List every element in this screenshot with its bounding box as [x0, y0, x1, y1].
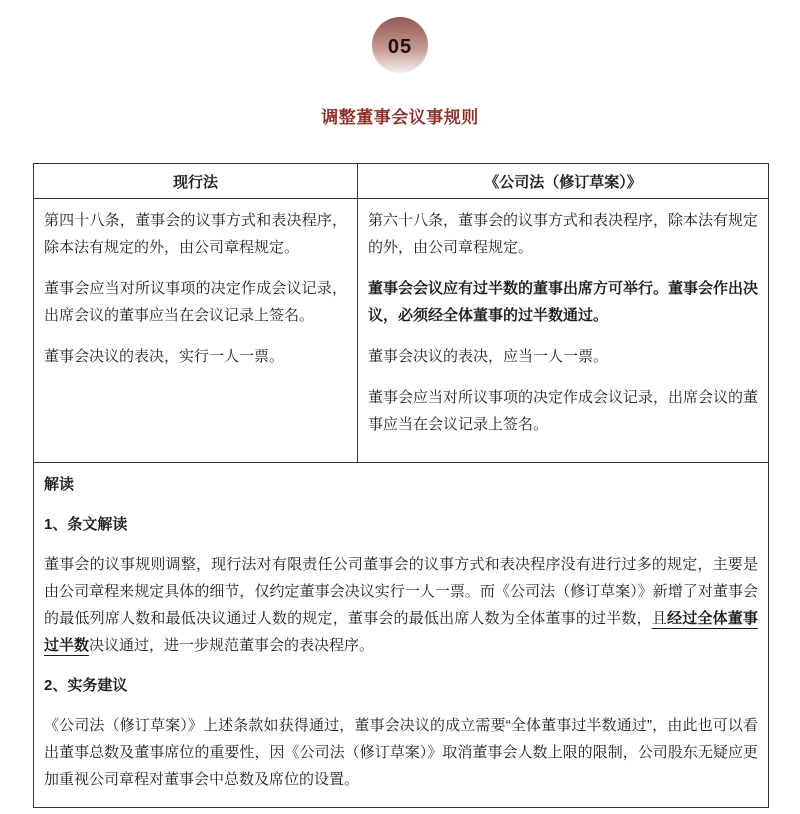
current-law-paragraph-1: 第四十八条，董事会的议事方式和表决程序，除本法有规定的外，由公司章程规定。: [44, 207, 347, 261]
interpretation-heading: 解读: [44, 471, 758, 498]
document-page: 05 调整董事会议事规则 现行法 《公司法（修订草案）》 第四十八条，董事会的议…: [0, 17, 800, 814]
current-law-paragraph-2: 董事会应当对所议事项的决定作成会议记录，出席会议的董事应当在会议记录上签名。: [44, 275, 347, 329]
column-header-current-law: 现行法: [34, 164, 358, 199]
current-law-paragraph-3: 董事会决议的表决，实行一人一票。: [44, 343, 347, 370]
table-header-row: 现行法 《公司法（修订草案）》: [34, 164, 769, 199]
draft-law-paragraph-2-emphasized: 董事会会议应有过半数的董事出席方可举行。董事会作出决议，必须经全体董事的过半数通…: [368, 275, 758, 329]
clause-interpretation-paragraph: 董事会的议事规则调整，现行法对有限责任公司董事会的议事方式和表决程序没有进行过多…: [44, 551, 758, 659]
page-title: 调整董事会议事规则: [0, 103, 800, 128]
interpretation-row: 解读 1、条文解读 董事会的议事规则调整，现行法对有限责任公司董事会的议事方式和…: [34, 463, 769, 808]
underlined-text: 且: [652, 610, 667, 627]
column-header-draft-law: 《公司法（修订草案）》: [358, 164, 769, 199]
section-number-badge: 05: [372, 17, 428, 73]
clause-interpretation-text-after: 决议通过，进一步规范董事会的表决程序。: [89, 637, 374, 654]
practical-advice-paragraph: 《公司法（修订草案）》上述条款如获得通过，董事会决议的成立需要“全体董事过半数通…: [44, 712, 758, 793]
draft-law-paragraph-3: 董事会决议的表决，应当一人一票。: [368, 343, 758, 370]
practical-advice-heading: 2、实务建议: [44, 672, 758, 699]
draft-law-paragraph-4: 董事会应当对所议事项的决定作成会议记录，出席会议的董事应当在会议记录上签名。: [368, 384, 758, 438]
table-body-row: 第四十八条，董事会的议事方式和表决程序，除本法有规定的外，由公司章程规定。 董事…: [34, 199, 769, 463]
current-law-cell: 第四十八条，董事会的议事方式和表决程序，除本法有规定的外，由公司章程规定。 董事…: [34, 199, 358, 463]
draft-law-paragraph-1: 第六十八条，董事会的议事方式和表决程序，除本法有规定的外，由公司章程规定。: [368, 207, 758, 261]
law-comparison-table: 现行法 《公司法（修订草案）》 第四十八条，董事会的议事方式和表决程序，除本法有…: [33, 163, 769, 808]
section-number: 05: [388, 32, 412, 59]
draft-law-cell: 第六十八条，董事会的议事方式和表决程序，除本法有规定的外，由公司章程规定。 董事…: [358, 199, 769, 463]
clause-interpretation-heading: 1、条文解读: [44, 511, 758, 538]
interpretation-cell: 解读 1、条文解读 董事会的议事规则调整，现行法对有限责任公司董事会的议事方式和…: [34, 463, 769, 808]
